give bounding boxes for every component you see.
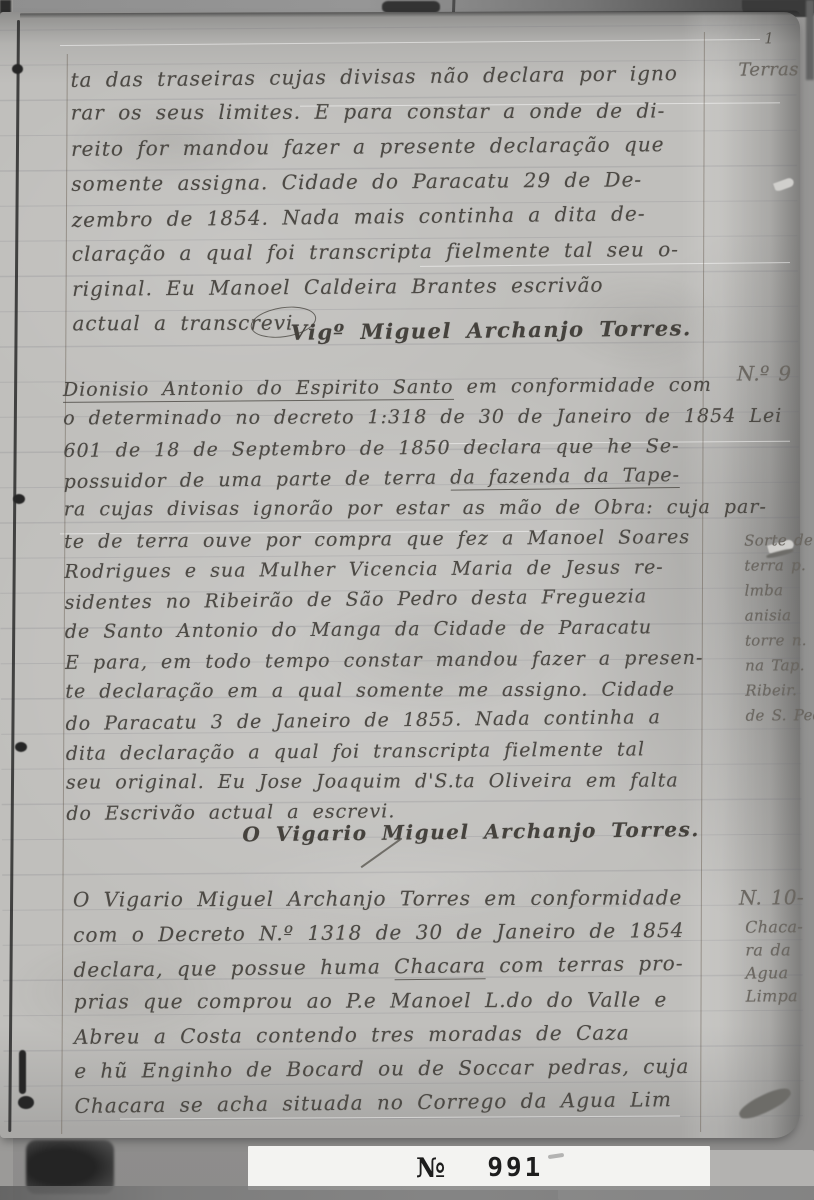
manuscript-line: somente assigna. Cidade do Paracatu 29 d… (71, 167, 642, 195)
manuscript-line: o determinado no decreto 1:318 de 30 de … (63, 405, 782, 430)
margin-note-line: de S. Ped. (745, 706, 814, 725)
manuscript-line: te de terra ouve por compra que fez a Ma… (64, 526, 690, 553)
manuscript-line: possuidor de uma parte de terra da fazen… (64, 464, 681, 493)
manuscript-line: sidentes no Ribeirão de São Pedro desta … (64, 585, 647, 614)
manuscript-line: actual a transcrevi. (72, 311, 300, 336)
signature-line: O Vigario Miguel Archanjo Torres. (242, 817, 700, 846)
manuscript-line: Rodrigues e sua Mulher Vicencia Maria de… (64, 556, 663, 583)
manuscript-line: 601 de 18 de Septembro de 1850 declara q… (63, 435, 679, 462)
margin-record-number: N. 10- (739, 885, 804, 910)
margin-note-line: terra p. (744, 556, 806, 574)
manuscript-line: claração a qual foi transcripta fielment… (72, 237, 679, 266)
numero-sign: № (416, 1153, 445, 1184)
margin-note-line: Sorte de (744, 531, 813, 550)
margin-note-line: torre n. (745, 631, 807, 649)
margin-note-line: ra da (745, 940, 791, 959)
margin-label-terras: Terras (738, 59, 798, 80)
manuscript-line: E para, em todo tempo constar mandou faz… (65, 647, 703, 674)
manuscript-line: com o Decreto N.º 1318 de 30 de Janeiro … (73, 918, 684, 947)
manuscript-line: do Paracatu 3 de Janeiro de 1855. Nada c… (65, 706, 661, 735)
underlined-text: Chacara (394, 953, 486, 980)
scan-bottom-edge (0, 1186, 814, 1200)
manuscript-line: te declaração em a qual somente me assig… (65, 678, 675, 702)
manuscript-line: Dionisio Antonio do Espirito Santo em co… (63, 374, 712, 401)
scanned-manuscript-page: 1 Terras ta das traseiras cujas divisas … (0, 0, 814, 1200)
manuscript-content: 1 Terras ta das traseiras cujas divisas … (0, 11, 809, 1143)
manuscript-line: de Santo Antonio do Manga da Cidade de P… (65, 617, 652, 644)
archive-number: 991 (487, 1153, 543, 1183)
manuscript-line: O Vigario Miguel Archanjo Torres em conf… (73, 885, 682, 911)
manuscript-line: ta das traseiras cujas divisas não decla… (70, 61, 678, 92)
manuscript-line: rar os seus limites. E para constar a on… (71, 98, 666, 124)
manuscript-line: riginal. Eu Manoel Caldeira Brantes escr… (72, 273, 604, 301)
manuscript-line: Chacara se acha situada no Corrego da Ag… (74, 1087, 672, 1118)
manuscript-line: Abreu a Costa contendo tres moradas de C… (74, 1020, 630, 1048)
margin-note-line: lmba (744, 581, 783, 599)
margin-note-line: Agua (745, 963, 788, 982)
manuscript-line: zembro de 1854. Nada mais continha a dit… (71, 201, 645, 232)
page-edge-shadow (806, 0, 814, 80)
manuscript-line: ra cujas divisas ignorão por estar as mã… (64, 496, 767, 520)
manuscript-line: seu original. Eu Jose Joaquim d'S.ta Oli… (66, 769, 679, 793)
manuscript-line: dita declaração a qual foi transcripta f… (66, 738, 645, 765)
stamp-smudge (548, 1153, 564, 1159)
archive-number-stamp: № 991 (248, 1146, 710, 1190)
manuscript-line: declara, que possue huma Chacara com ter… (73, 951, 683, 982)
manuscript-line: prias que comprou ao P.e Manoel L.do do … (74, 987, 668, 1013)
margin-note-line: anisia (745, 606, 792, 624)
page-number: 1 (764, 29, 774, 47)
manuscript-line: reito for mandou fazer a presente declar… (71, 132, 665, 161)
underlined-text: da fazenda da Tape- (450, 464, 680, 491)
margin-note-line: Chaca- (745, 917, 803, 936)
margin-note-line: Limpa (746, 986, 798, 1005)
margin-note-line: na Tap. (745, 656, 805, 674)
manuscript-line: e hũ Enginho de Bocard ou de Soccar pedr… (74, 1054, 689, 1083)
signature-line: Vigº Miguel Archanjo Torres. (290, 315, 692, 345)
margin-record-number: N.º 9 (737, 361, 792, 385)
margin-note-line: Ribeir. (745, 681, 797, 700)
underlined-text: Dionisio Antonio do Espirito Santo (63, 376, 454, 403)
manuscript-sheet: 1 Terras ta das traseiras cujas divisas … (0, 12, 800, 1138)
